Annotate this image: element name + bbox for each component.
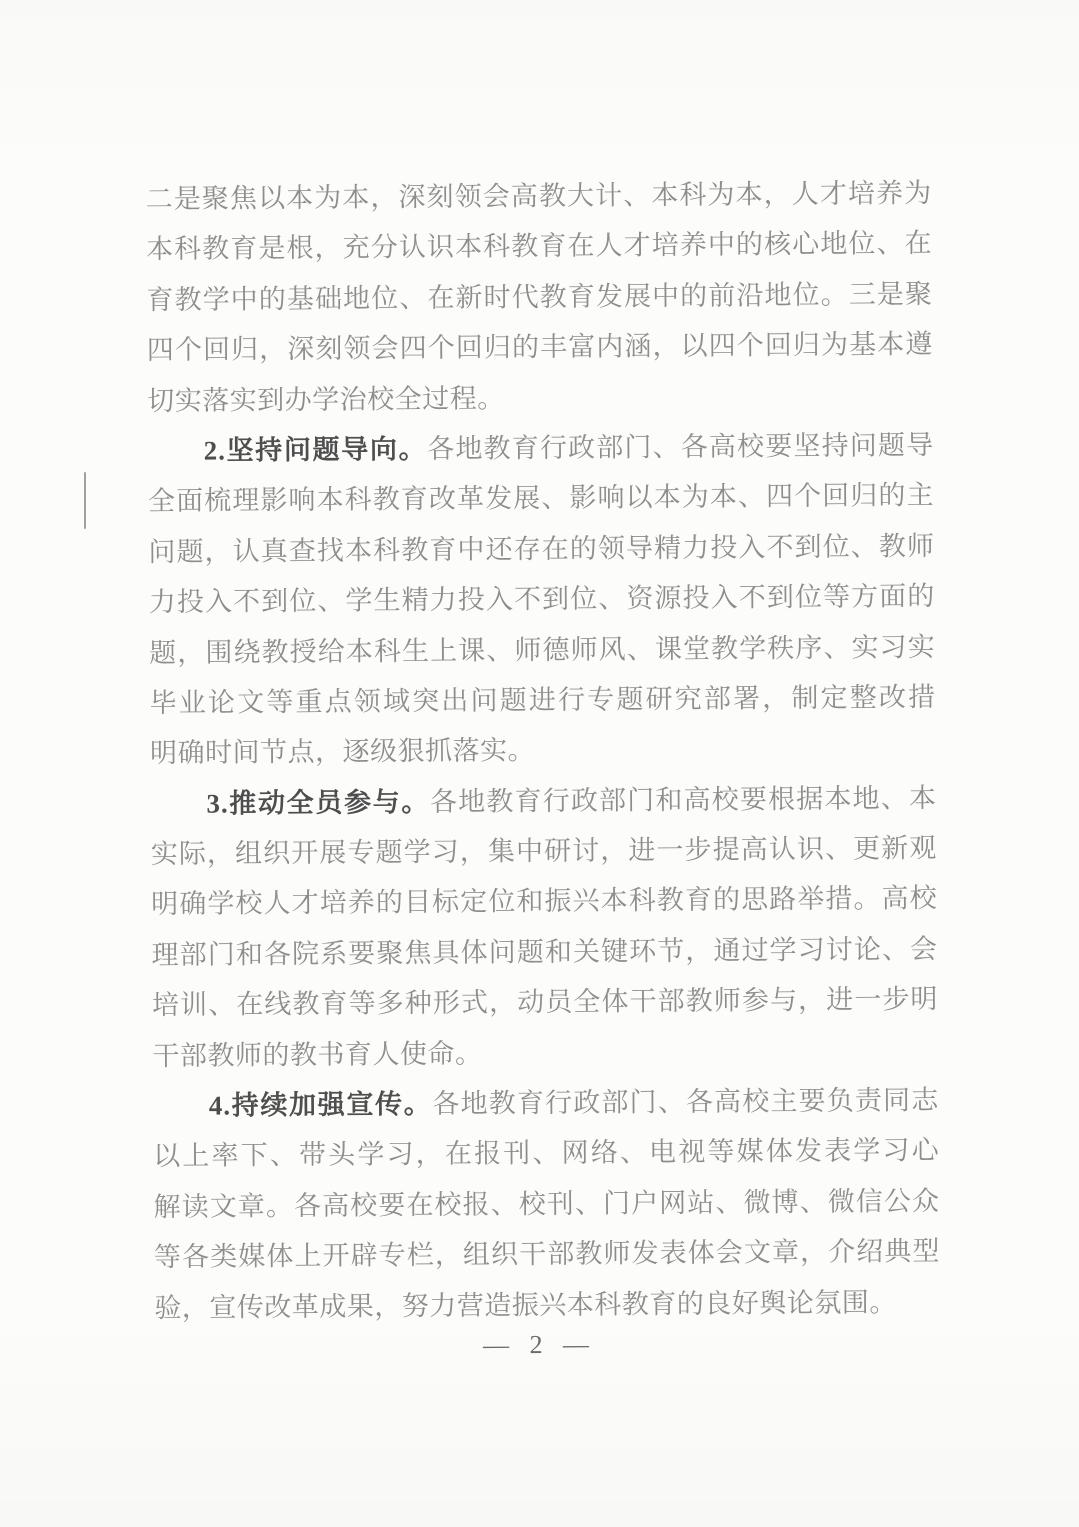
text-line: 4.持续加强宣传。各地教育行政部门、各高校主要负责同志要	[153, 1075, 939, 1132]
text-line: 二是聚焦以本为本，深刻领会高教大计、本科为本，人才培养为本、	[145, 168, 931, 225]
section-4-heading: 4.持续加强宣传。	[209, 1089, 433, 1121]
text-line: 力投入不到位、学生精力投入不到位、资源投入不到位等方面的问	[149, 571, 935, 628]
section-2-heading: 2.坚持问题导向。	[204, 434, 428, 466]
text-line: 毕业论文等重点领域突出问题进行专题研究部署，制定整改措施，	[149, 672, 935, 729]
paragraph-item-4: 4.持续加强宣传。各地教育行政部门、各高校主要负责同志要 以上率下、带头学习，在…	[153, 1075, 941, 1333]
text-line: 验，宣传改革成果，努力营造振兴本科教育的良好舆论氛围。	[154, 1276, 940, 1333]
text-line: 等各类媒体上开辟专栏，组织干部教师发表体会文章，介绍典型经	[154, 1226, 940, 1283]
paragraph-item-3: 3.推动全员参与。各地教育行政部门和高校要根据本地、本校 实际，组织开展专题学习…	[150, 773, 938, 1082]
text-line: 2.坚持问题导向。各地教育行政部门、各高校要坚持问题导向，	[147, 420, 933, 477]
paragraph-item-2: 2.坚持问题导向。各地教育行政部门、各高校要坚持问题导向， 全面梳理影响本科教育…	[147, 420, 936, 779]
text-line: 培训、在线教育等多种形式，动员全体干部教师参与，进一步明确	[152, 974, 938, 1031]
text-line: 实际，组织开展专题学习，集中研讨，进一步提高认识、更新观念，	[151, 823, 937, 880]
text-line: 题，围绕教授给本科生上课、师德师风、课堂教学秩序、实习实践、	[149, 621, 935, 678]
text-line: 解读文章。各高校要在校报、校刊、门户网站、微博、微信公众号	[153, 1176, 939, 1233]
text-line: 明确学校人才培养的目标定位和振兴本科教育的思路举措。高校管	[151, 873, 937, 930]
text-line: 3.推动全员参与。各地教育行政部门和高校要根据本地、本校	[150, 773, 936, 830]
text-line: 四个回归，深刻领会四个回归的丰富内涵，以四个回归为基本遵循，	[147, 319, 933, 376]
text-line: 理部门和各院系要聚焦具体问题和关键环节，通过学习讨论、会议	[151, 924, 937, 981]
text-line: 干部教师的教书育人使命。	[152, 1025, 938, 1082]
section-3-heading: 3.推动全员参与。	[206, 787, 430, 819]
text-line: 问题，认真查找本科教育中还存在的领导精力投入不到位、教师精	[148, 521, 934, 578]
scan-artifact-line	[84, 472, 86, 529]
text-line: 全面梳理影响本科教育改革发展、影响以本为本、四个回归的主要	[148, 470, 934, 527]
text-line: 明确时间节点，逐级狠抓落实。	[150, 722, 936, 779]
document-page: 二是聚焦以本为本，深刻领会高教大计、本科为本，人才培养为本、 本科教育是根，充分…	[0, 0, 1079, 1527]
paragraph-continuation: 二是聚焦以本为本，深刻领会高教大计、本科为本，人才培养为本、 本科教育是根，充分…	[145, 168, 933, 426]
text-line: 育教学中的基础地位、在新时代教育发展中的前沿地位。三是聚焦	[146, 269, 932, 326]
text-line: 以上率下、带头学习，在报刊、网络、电视等媒体发表学习心得、	[153, 1125, 939, 1182]
document-text-block: 二是聚焦以本为本，深刻领会高教大计、本科为本，人才培养为本、 本科教育是根，充分…	[145, 168, 940, 1333]
text-line: 本科教育是根，充分认识本科教育在人才培养中的核心地位、在教	[146, 218, 932, 275]
text-line: 切实落实到办学治校全过程。	[147, 369, 933, 426]
